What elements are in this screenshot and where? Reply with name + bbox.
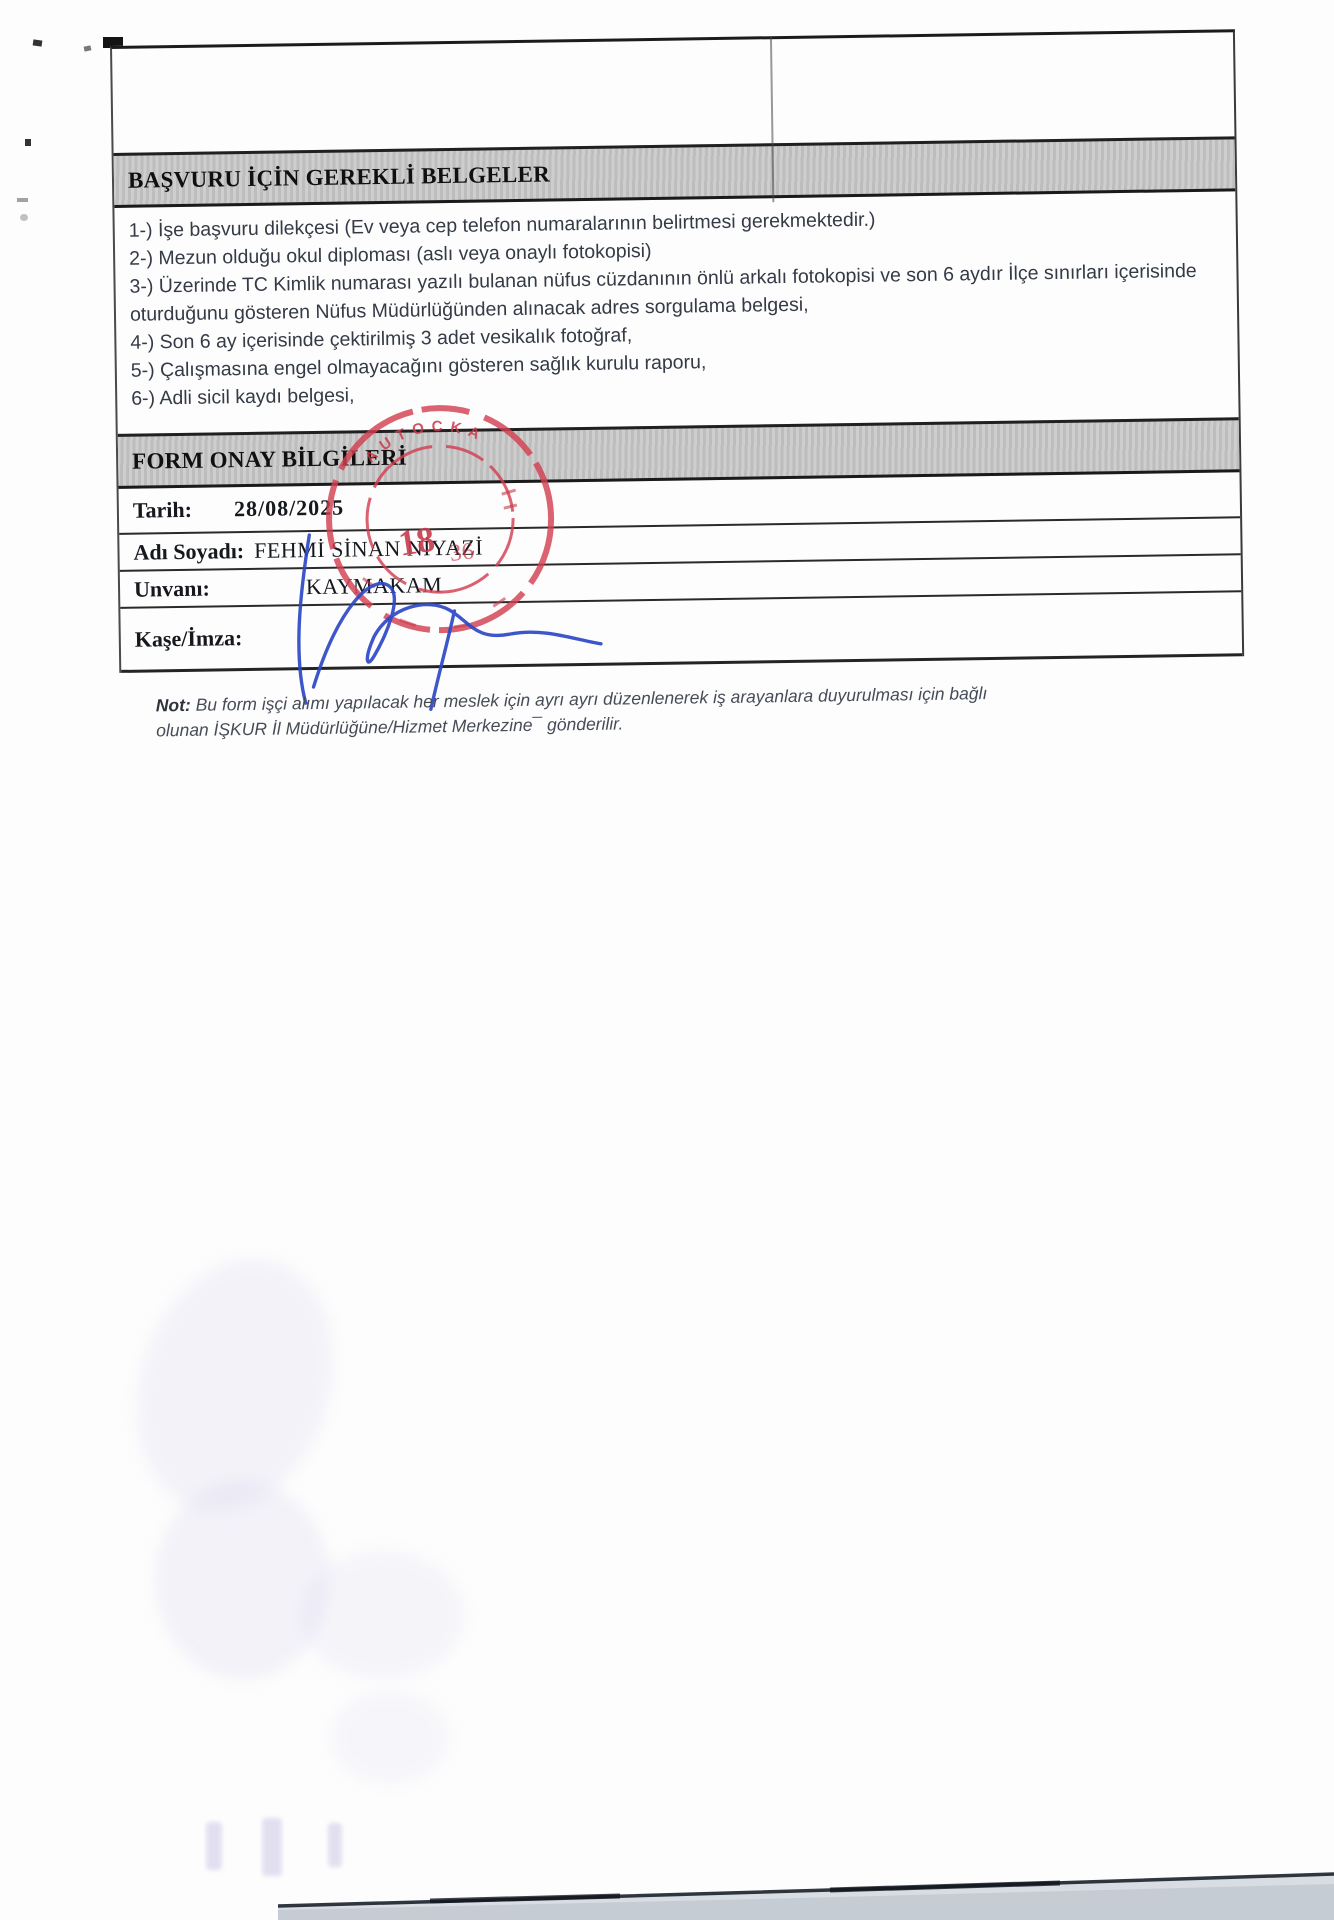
scan-smudge bbox=[155, 1480, 330, 1680]
scan-streak bbox=[206, 1822, 222, 1870]
empty-table-row bbox=[112, 32, 1234, 153]
title-label: Unvanı: bbox=[134, 575, 210, 602]
scan-smudge bbox=[300, 1550, 465, 1680]
note-prefix: Not: bbox=[156, 695, 191, 716]
scanned-document-page: BAŞVURU İÇİN GEREKLİ BELGELER 1-) İşe ba… bbox=[0, 0, 1334, 1920]
scan-streak bbox=[328, 1823, 342, 1867]
section-title: BAŞVURU İÇİN GEREKLİ BELGELER bbox=[128, 161, 551, 193]
scan-smudge bbox=[330, 1690, 450, 1785]
name-label: Adı Soyadı: bbox=[133, 538, 244, 566]
required-documents-list: 1-) İşe başvuru dilekçesi (Ev veya cep t… bbox=[114, 191, 1238, 434]
document-content: BAŞVURU İÇİN GEREKLİ BELGELER 1-) İşe ba… bbox=[0, 0, 1334, 902]
date-label: Tarih: bbox=[133, 497, 192, 524]
page-bottom-scan-edge bbox=[0, 1868, 1334, 1920]
stamp-signature-label: Kaşe/İmza: bbox=[135, 625, 243, 653]
